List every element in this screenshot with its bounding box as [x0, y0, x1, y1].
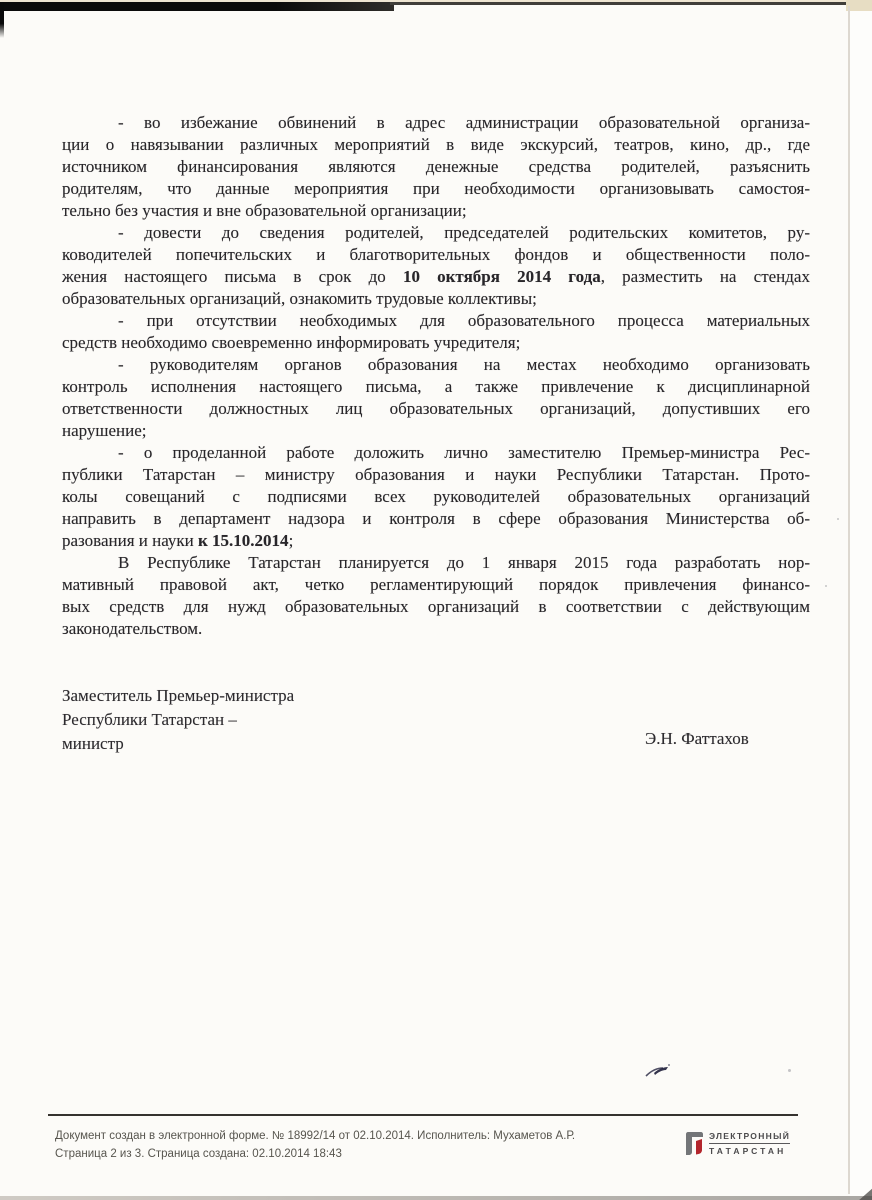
footer-divider	[48, 1114, 798, 1116]
scanned-document-page: - во избежание обвинений в адрес админис…	[0, 0, 872, 1200]
logo-text-line2: ТАТАРСТАН	[709, 1146, 790, 1156]
text-line: источником финансирования являются денеж…	[62, 156, 810, 178]
ink-mark	[644, 1058, 678, 1080]
scan-speck	[825, 585, 827, 587]
signature-title-line: Республики Татарстан –	[62, 708, 294, 732]
scan-artifact-top-edge-line	[390, 2, 848, 5]
text-line: образовательных организаций, ознакомить …	[62, 288, 810, 310]
paragraph: В Республике Татарстан планируется до 1 …	[62, 552, 810, 640]
footer-line-1: Документ создан в электронной форме. № 1…	[55, 1128, 575, 1146]
text-line: - во избежание обвинений в адрес админис…	[62, 112, 810, 134]
paragraph: - руководителям органов образования на м…	[62, 354, 810, 442]
scan-artifact-bottom-edge	[0, 1196, 872, 1200]
text-line: мативный правовой акт, четко регламентир…	[62, 574, 810, 596]
electronic-tatarstan-logo: ЭЛЕКТРОННЫЙ ТАТАРСТАН	[682, 1131, 790, 1157]
paragraph: - во избежание обвинений в адрес админис…	[62, 112, 810, 222]
paragraph: - довести до сведения родителей, председ…	[62, 222, 810, 310]
logo-text-line1: ЭЛЕКТРОННЫЙ	[709, 1131, 790, 1144]
text-line: средств необходимо своевременно информир…	[62, 332, 810, 354]
footer-metadata: Документ создан в электронной форме. № 1…	[55, 1128, 575, 1163]
scan-artifact-right-margin	[850, 11, 872, 1200]
document-body: - во избежание обвинений в адрес админис…	[62, 112, 810, 640]
electronic-tatarstan-logo-icon	[682, 1131, 706, 1157]
paragraph: - при отсутствии необходимых для образов…	[62, 310, 810, 354]
text-line: ководителей попечительских и благотворит…	[62, 244, 810, 266]
scan-speck	[837, 518, 839, 520]
footer-line-2: Страница 2 из 3. Страница создана: 02.10…	[55, 1146, 575, 1164]
text-line: - руководителям органов образования на м…	[62, 354, 810, 376]
text-line: - о проделанной работе доложить лично за…	[62, 442, 810, 464]
text-line: публики Татарстан – министру образования…	[62, 464, 810, 486]
text-line: разования и науки к 15.10.2014;	[62, 530, 810, 552]
text-line: В Республике Татарстан планируется до 1 …	[62, 552, 810, 574]
paragraph: - о проделанной работе доложить лично за…	[62, 442, 810, 552]
text-line: ции о навязывании различных мероприятий …	[62, 134, 810, 156]
text-line: тельно без участия и вне образовательной…	[62, 200, 810, 222]
scan-speck	[788, 1069, 791, 1072]
text-line: колы совещаний с подписями всех руководи…	[62, 486, 810, 508]
text-line: вых средств для нужд образовательных орг…	[62, 596, 810, 618]
text-line: жения настоящего письма в срок до 10 окт…	[62, 266, 810, 288]
text-line: - при отсутствии необходимых для образов…	[62, 310, 810, 332]
signature-title-line: Заместитель Премьер-министра	[62, 684, 294, 708]
text-line: - довести до сведения родителей, председ…	[62, 222, 810, 244]
text-line: родителям, что данные мероприятия при не…	[62, 178, 810, 200]
text-line: контроль исполнения настоящего письма, а…	[62, 376, 810, 398]
signature-block: Заместитель Премьер-министра Республики …	[62, 684, 294, 756]
text-line: законодательством.	[62, 618, 810, 640]
text-line: нарушение;	[62, 420, 810, 442]
text-line: ответственности должностных лиц образова…	[62, 398, 810, 420]
logo-text: ЭЛЕКТРОННЫЙ ТАТАРСТАН	[709, 1131, 790, 1156]
scan-artifact-right-edge-line	[848, 6, 850, 1194]
signature-title-line: министр	[62, 732, 294, 756]
scan-artifact-top-shadow-band	[0, 2, 394, 11]
signatory-name: Э.Н. Фаттахов	[645, 729, 749, 749]
scan-artifact-left-edge	[0, 2, 4, 38]
text-line: направить в департамент надзора и контро…	[62, 508, 810, 530]
